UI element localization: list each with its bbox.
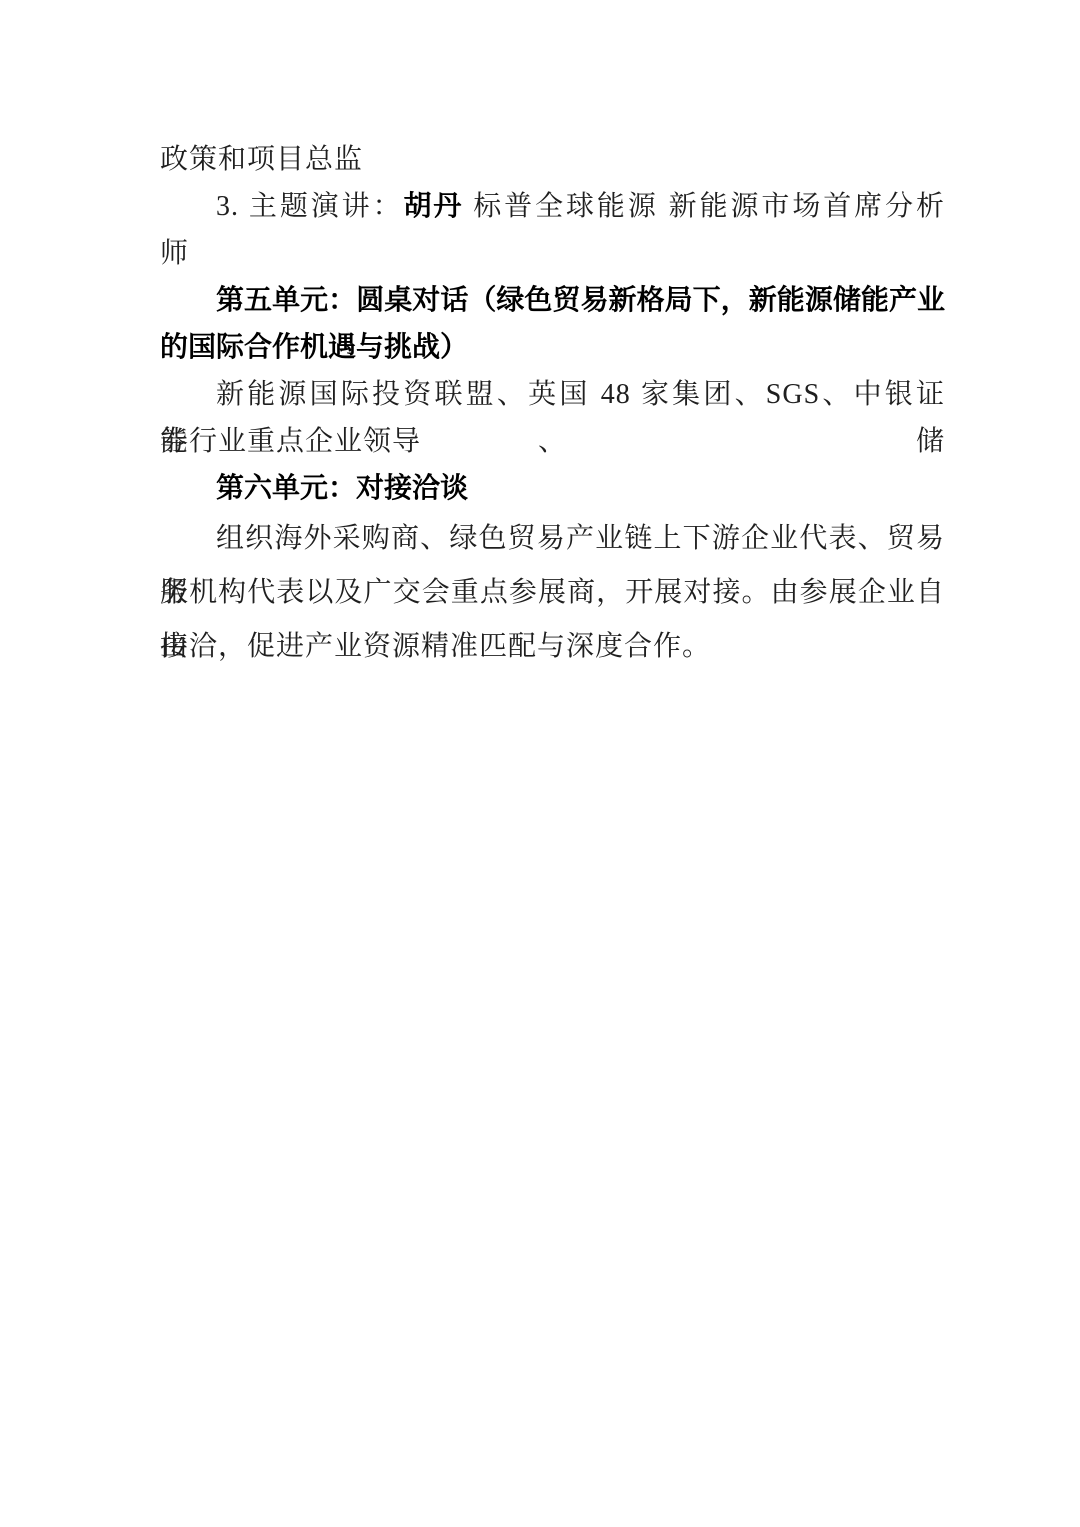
text-segment: 能行业重点企业领导 [160, 426, 421, 457]
document-line: 务机构代表以及广交会重点参展商，开展对接。由参展企业自由 [160, 566, 945, 620]
text-segment: 胡丹 [404, 191, 464, 222]
text-segment: 第五单元：圆桌对话（绿色贸易新格局下，新能源储能产业 [216, 285, 945, 316]
document-line: 政策和项目总监 [160, 136, 945, 183]
document-line: 组织海外采购商、绿色贸易产业链上下游企业代表、贸易服 [160, 512, 945, 566]
text-segment: 师 [160, 238, 189, 269]
section-heading-unit-5: 第五单元：圆桌对话（绿色贸易新格局下，新能源储能产业的国际合作机遇与挑战） [160, 277, 945, 371]
text-segment: 接洽，促进产业资源精准匹配与深度合作。 [160, 631, 711, 662]
text-segment: 标普全球能源 新能源市场首席分析 [463, 191, 945, 222]
text-segment: 政策和项目总监 [160, 144, 363, 175]
document-line: 第六单元：对接洽谈 [160, 465, 945, 512]
numbered-item-speech-3: 3. 主题演讲：胡丹 标普全球能源 新能源市场首席分析师 [160, 183, 945, 277]
document-line: 第五单元：圆桌对话（绿色贸易新格局下，新能源储能产业 [160, 277, 945, 324]
body-paragraph: 组织海外采购商、绿色贸易产业链上下游企业代表、贸易服务机构代表以及广交会重点参展… [160, 512, 945, 674]
paragraph-continuation: 政策和项目总监 [160, 136, 945, 183]
document-line: 3. 主题演讲：胡丹 标普全球能源 新能源市场首席分析 [160, 183, 945, 230]
document-body: 政策和项目总监3. 主题演讲：胡丹 标普全球能源 新能源市场首席分析师第五单元：… [160, 136, 945, 674]
section-heading-unit-6: 第六单元：对接洽谈 [160, 465, 945, 512]
participants-list: 新能源国际投资联盟、英国 48 家集团、SGS、中银证券、储能行业重点企业领导 [160, 371, 945, 465]
document-line: 的国际合作机遇与挑战） [160, 324, 945, 371]
text-segment: 第六单元：对接洽谈 [216, 473, 468, 504]
document-line: 师 [160, 230, 945, 277]
document-line: 新能源国际投资联盟、英国 48 家集团、SGS、中银证券、储 [160, 371, 945, 418]
text-segment: 3. 主题演讲： [216, 191, 404, 222]
document-page: 政策和项目总监3. 主题演讲：胡丹 标普全球能源 新能源市场首席分析师第五单元：… [0, 0, 1080, 1527]
text-segment: 的国际合作机遇与挑战） [160, 332, 468, 363]
document-line: 接洽，促进产业资源精准匹配与深度合作。 [160, 620, 945, 674]
